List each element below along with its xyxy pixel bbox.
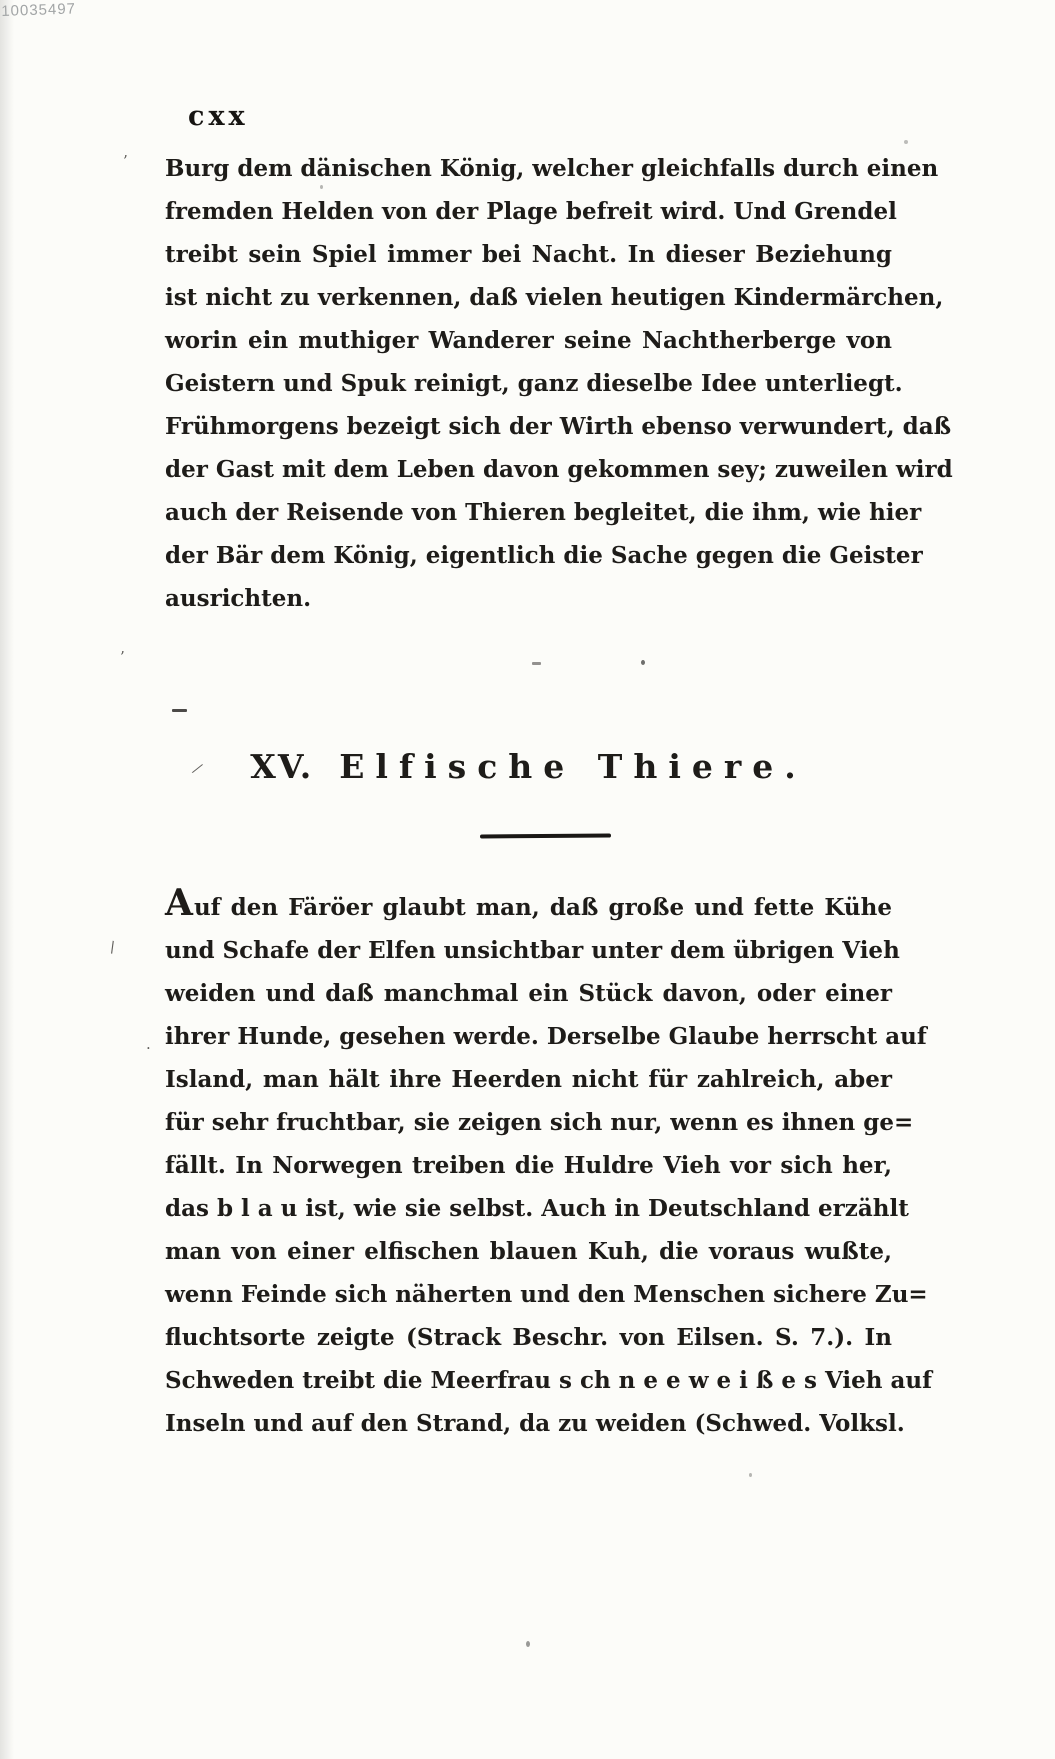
text-line: weiden und daß manchmal ein Stück davon,… <box>165 972 892 1015</box>
text-line: fremden Helden von der Plage befreit wir… <box>165 190 892 233</box>
text-line: ist nicht zu verkennen, daß vielen heuti… <box>165 276 892 319</box>
text-line: wenn Feinde sich näherten und den Mensch… <box>165 1273 892 1316</box>
scan-speckle: ’ <box>120 648 125 666</box>
text-line: für sehr fruchtbar, sie zeigen sich nur,… <box>165 1101 892 1144</box>
text-line: und Schafe der Elfen unsichtbar unter de… <box>165 929 892 972</box>
text-line: treibt sein Spiel immer bei Nacht. In di… <box>165 233 892 276</box>
text-line: worin ein muthiger Wanderer seine Nachth… <box>165 319 892 362</box>
text-line: das b l a u ist, wie sie selbst. Auch in… <box>165 1187 892 1230</box>
scan-id-number: 10035497 <box>1 0 76 20</box>
scan-speckle: ’ <box>123 152 128 170</box>
scan-edge-shade <box>0 0 14 1759</box>
text-line: ausrichten. <box>165 577 892 620</box>
text-line: Auf den Färöer glaubt man, daß große und… <box>165 886 892 929</box>
chapter-title: Elfische Thiere. <box>339 747 807 786</box>
scan-speckle <box>641 660 645 665</box>
paragraph-continuation: Burg dem dänischen König, welcher gleich… <box>165 147 892 620</box>
section-divider-rule <box>480 834 611 839</box>
scan-speckle <box>904 140 908 144</box>
chapter-heading: XV.Elfische Thiere. <box>165 747 892 786</box>
text-line: ihrer Hunde, gesehen werde. Derselbe Gla… <box>165 1015 892 1058</box>
initial-capital: A <box>165 882 194 924</box>
text-line: der Gast mit dem Leben davon gekommen se… <box>165 448 892 491</box>
text-line: Schweden treibt die Meerfrau s ch n e e … <box>165 1359 892 1402</box>
scan-speckle: . <box>146 1035 151 1053</box>
page-number: cxx <box>188 101 249 132</box>
text-line: der Bär dem König, eigentlich die Sache … <box>165 534 892 577</box>
text-line: fluchtsorte zeigte (Strack Beschr. von E… <box>165 1316 892 1359</box>
text-line: Burg dem dänischen König, welcher gleich… <box>165 147 892 190</box>
text-line: Inseln und auf den Strand, da zu weiden … <box>165 1402 892 1445</box>
scan-speckle <box>532 662 541 665</box>
text-line: auch der Reisende von Thieren begleitet,… <box>165 491 892 534</box>
scan-speckle: \ <box>106 938 118 956</box>
paragraph-elfische-thiere: Auf den Färöer glaubt man, daß große und… <box>165 886 892 1445</box>
text-line: Geistern und Spuk reinigt, ganz dieselbe… <box>165 362 892 405</box>
scan-speckle <box>749 1473 752 1477</box>
text-line: Island, man hält ihre Heerden nicht für … <box>165 1058 892 1101</box>
first-line-text: uf den Färöer glaubt man, daß große und … <box>194 894 892 921</box>
text-line: man von einer elfischen blauen Kuh, die … <box>165 1230 892 1273</box>
chapter-number: XV. <box>250 747 313 786</box>
scan-speckle <box>172 709 187 712</box>
text-line: fällt. In Norwegen treiben die Huldre Vi… <box>165 1144 892 1187</box>
scan-speckle <box>526 1641 530 1647</box>
text-line: Frühmorgens bezeigt sich der Wirth ebens… <box>165 405 892 448</box>
